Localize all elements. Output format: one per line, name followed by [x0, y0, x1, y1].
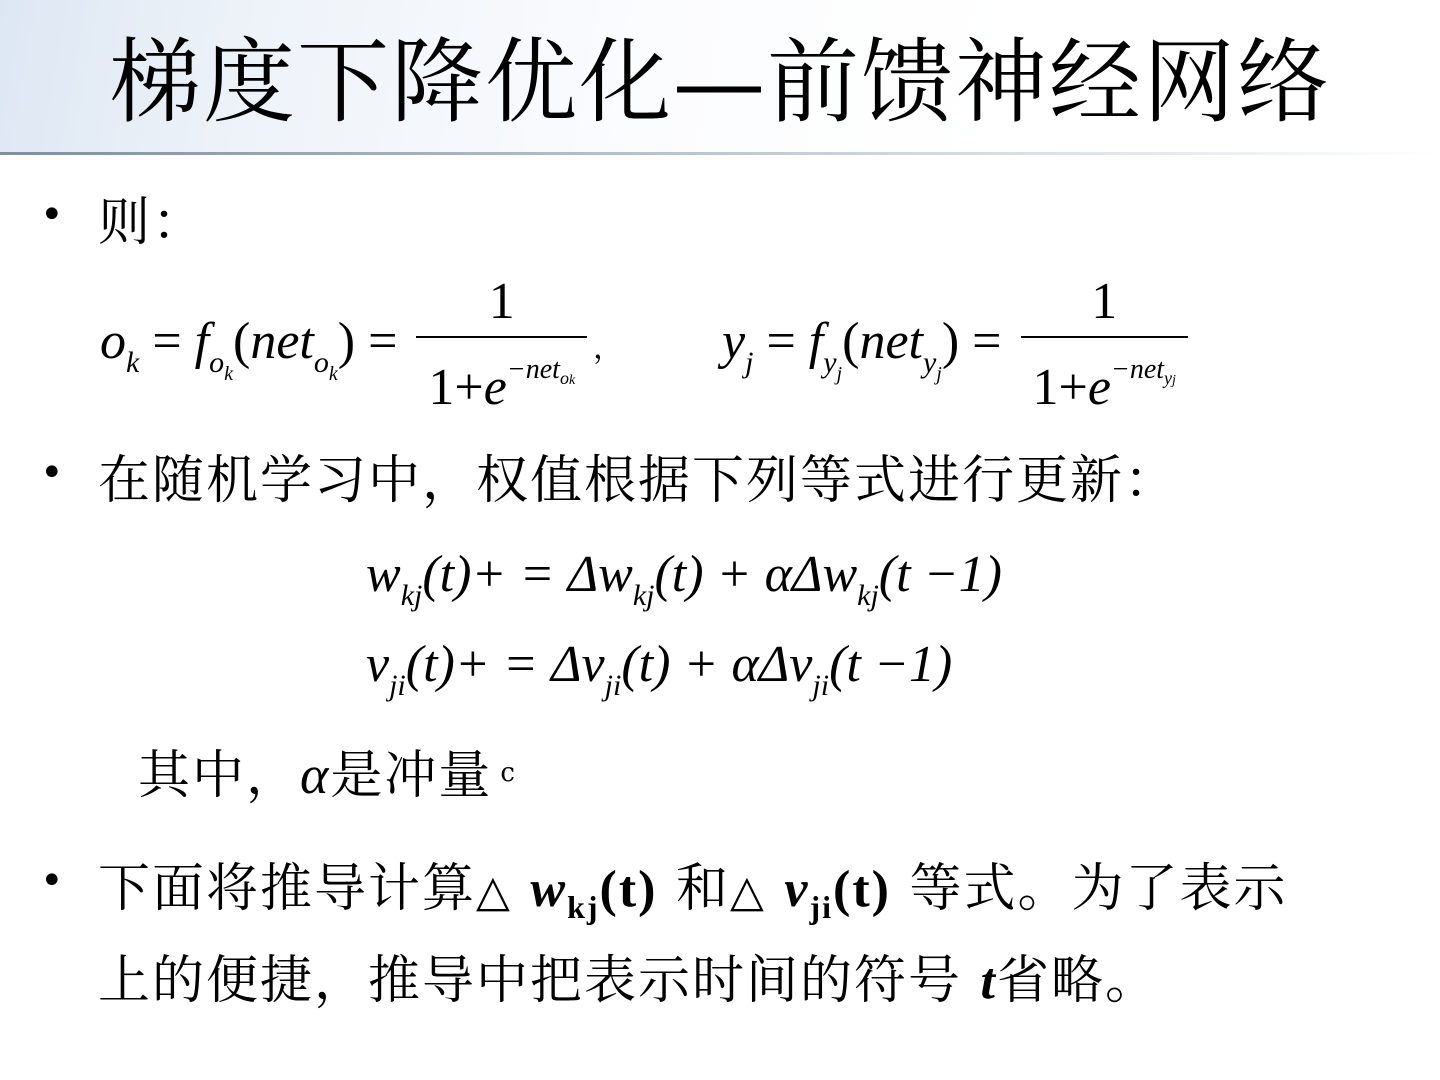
fraction: 1 1+e−netok [416, 272, 587, 420]
inline-delta-v: vji(t) [784, 861, 891, 918]
bullet-text: 在随机学习中，权值根据下列等式进行更新： [98, 444, 1178, 518]
inline-delta-w: wkj(t) [530, 861, 657, 918]
bullet-text: 则： [98, 186, 206, 260]
bullet-marker: • [40, 852, 98, 910]
slide-title: 梯度下降优化—前馈神经网络 [0, 28, 1440, 138]
bullet-derivation: • 下面将推导计算△ wkj(t) 和△ vji(t) 等式。为了表示 上的便捷… [40, 852, 1288, 1019]
alpha-symbol: α [300, 745, 330, 805]
equation-sigmoid-output: ok = fok(netok) = 1 1+e−netok ， [100, 272, 623, 420]
momentum-note: 其中，α是冲量c [138, 740, 517, 809]
equation-update-v: vji(t)+ = Δvji(t) + αΔvji(t −1) [366, 630, 952, 721]
bullet-stochastic-learning: • 在随机学习中，权值根据下列等式进行更新： [40, 444, 1178, 518]
bullet-then: • 则： [40, 186, 206, 260]
bullet-line-2: 上的便捷，推导中把表示时间的符号 t省略。 [98, 944, 1288, 1019]
inline-t-symbol: t [981, 953, 997, 1010]
equation-sigmoid-hidden: yj = fyj(netyj) = 1 1+e−netyj [722, 272, 1194, 420]
header-divider [0, 152, 1440, 155]
eq-lhs: o [100, 313, 126, 370]
delta-triangle: △ [730, 866, 766, 917]
bullet-marker: • [40, 186, 98, 244]
bullet-line-1: 下面将推导计算△ wkj(t) 和△ vji(t) 等式。为了表示 [98, 852, 1288, 944]
bullet-text: 下面将推导计算△ wkj(t) 和△ vji(t) 等式。为了表示 上的便捷，推… [98, 852, 1288, 1019]
bullet-marker: • [40, 444, 98, 502]
delta-triangle: △ [476, 866, 512, 917]
equation-update-w: wkj(t)+ = Δwkj(t) + αΔwkj(t −1) [366, 540, 1002, 631]
fraction: 1 1+e−netyj [1021, 272, 1188, 420]
